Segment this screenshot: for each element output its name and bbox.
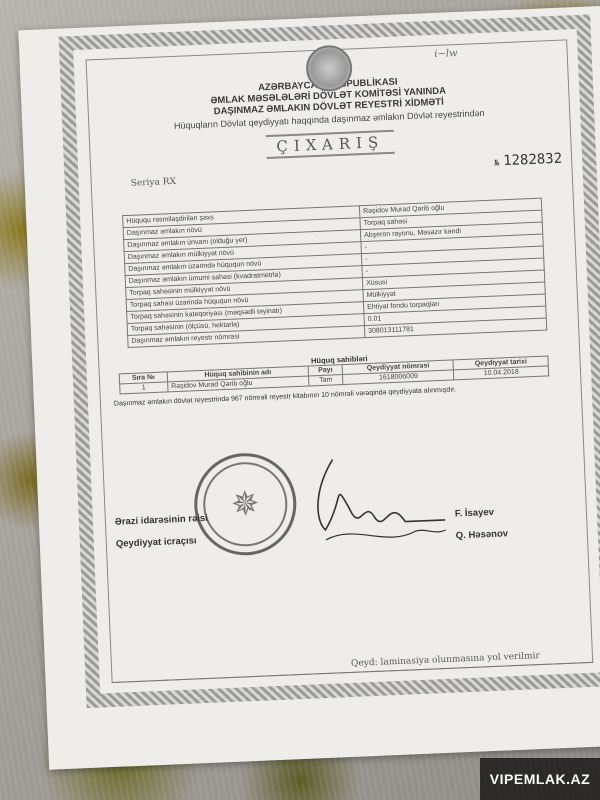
number-prefix: № — [494, 158, 499, 167]
series-label: Seriya RX — [131, 177, 177, 189]
signature-block: ✵ Ərazi idarəsinin rəisi Qeydiyyat icraç… — [112, 441, 536, 568]
official-seal: ✵ — [192, 451, 298, 557]
document-title: ÇIXARIŞ — [266, 130, 395, 159]
signer-name-2: Q. Həsənov — [456, 528, 509, 541]
number-value: 1282832 — [503, 151, 563, 169]
document-content: i~lw AZƏRBAYCAN RESPUBLİKASI ƏMLAK MƏSƏL… — [86, 39, 594, 683]
signer-name-1: F. İsayev — [455, 507, 495, 520]
owner-cell: Tam — [309, 375, 344, 386]
signature-role-1: Ərazi idarəsinin rəisi — [115, 513, 208, 528]
signature-role-2: Qeydiyyat icraçısı — [116, 535, 197, 549]
property-info-table: Hüququ rəsmiləşdirilən şəxsRəşidov Murad… — [122, 198, 547, 348]
handwritten-note: i~lw — [434, 48, 458, 60]
star-emblem-icon: ✵ — [230, 484, 260, 525]
watermark: VIPEMLAK.AZ — [480, 758, 600, 800]
owner-cell: 1 — [120, 382, 168, 394]
certificate-document: i~lw AZƏRBAYCAN RESPUBLİKASI ƏMLAK MƏSƏL… — [18, 6, 600, 770]
signature-scribble — [302, 435, 456, 551]
document-number: №1282832 — [494, 151, 562, 170]
